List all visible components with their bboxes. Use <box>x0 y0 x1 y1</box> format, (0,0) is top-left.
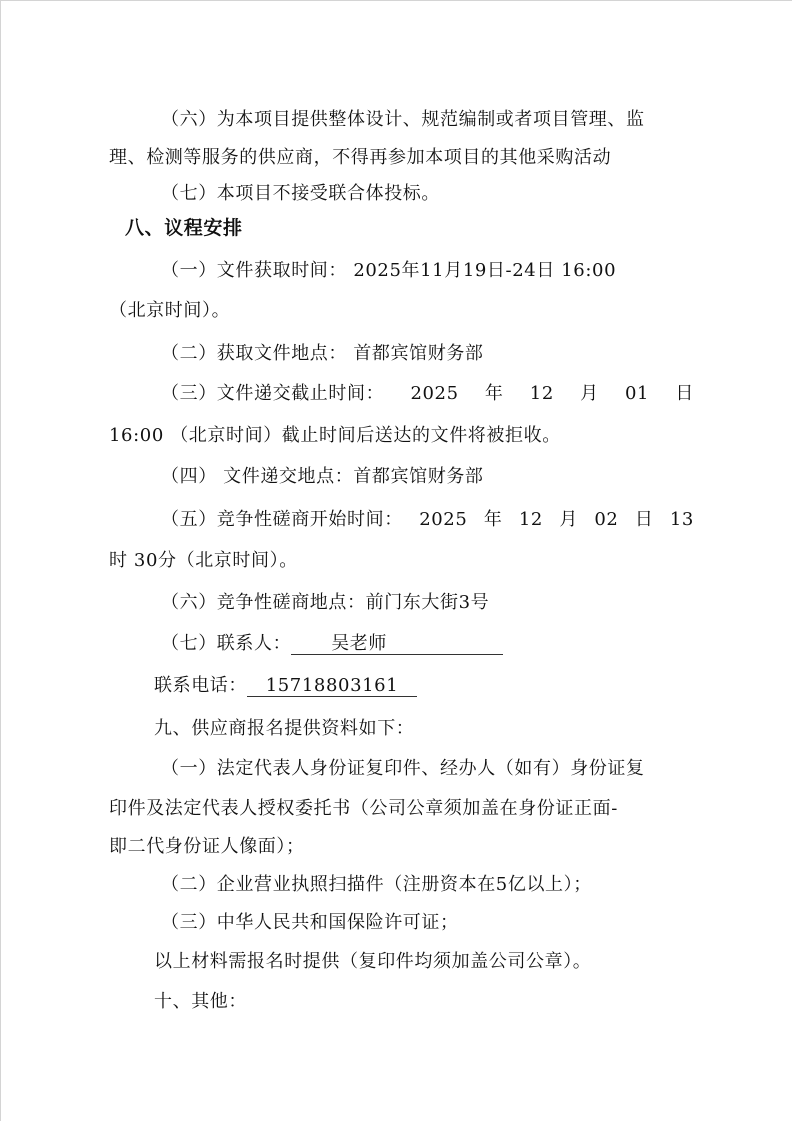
s8-item2: （二）获取文件地点： 首都宾馆财务部 <box>161 343 484 365</box>
s8-item5-line1: （五）竞争性磋商开始时间： 2025 年 12 月 02 日 13 <box>161 509 694 531</box>
para7: （七）本项目不接受联合体投标。 <box>161 183 440 205</box>
s9-item2: （二）企业营业执照扫描件（注册资本在5亿以上）； <box>161 874 592 896</box>
s8-item5-label: （五）竞争性磋商开始时间： <box>161 509 403 531</box>
day: 02 <box>594 509 618 531</box>
contact-person-value: 吴老师 <box>291 633 387 654</box>
s8-item4: （四） 文件递交地点：首都宾馆财务部 <box>161 466 484 488</box>
contact-label: （七）联系人： <box>161 633 291 654</box>
section10-heading: 十、其他： <box>154 991 247 1013</box>
month-unit: 月 <box>559 509 578 531</box>
section8-heading: 八、议程安排 <box>125 217 243 239</box>
hour: 13 <box>670 509 694 531</box>
s9-item1-line1: （一）法定代表人身份证复印件、经办人（如有）身份证复 <box>161 758 645 780</box>
s8-item3-line2: 16:00 （北京时间）截止时间后送达的文件将被拒收。 <box>109 425 561 447</box>
month-unit: 月 <box>580 383 599 405</box>
s8-item3-line1: （三）文件递交截止时间： 2025 年 12 月 01 日 <box>161 383 694 405</box>
month: 12 <box>530 383 554 405</box>
s8-item7-contact: （七）联系人：吴老师 <box>161 633 503 655</box>
day: 01 <box>625 383 649 405</box>
year: 2025 <box>410 383 458 405</box>
month: 12 <box>519 509 543 531</box>
para6-line2: 理、检测等服务的供应商，不得再参加本项目的其他采购活动 <box>109 147 611 169</box>
contact-person-field: 吴老师 <box>291 634 503 655</box>
s8-item1-line1: （一）文件获取时间： 2025年11月19日-24日 16:00 <box>161 260 616 282</box>
s8-item1-line2: （北京时间）。 <box>109 300 230 322</box>
s9-item3: （三）中华人民共和国保险许可证； <box>161 912 459 934</box>
s9-note: 以上材料需报名时提供（复印件均须加盖公司公章）。 <box>154 951 591 973</box>
document-page: （六）为本项目提供整体设计、规范编制或者项目管理、监 理、检测等服务的供应商，不… <box>0 0 792 1121</box>
s9-item1-line2: 印件及法定代表人授权委托书（公司公章须加盖在身份证正面- <box>109 798 618 820</box>
s8-item6: （六）竞争性磋商地点：前门东大街3号 <box>161 592 489 614</box>
day-unit: 日 <box>635 509 654 531</box>
s8-item3-label: （三）文件递交截止时间： <box>161 383 384 405</box>
s9-item1-line3: 即二代身份证人像面）； <box>109 836 305 858</box>
year-unit: 年 <box>484 509 503 531</box>
year: 2025 <box>419 509 467 531</box>
para6-line1: （六）为本项目提供整体设计、规范编制或者项目管理、监 <box>161 109 645 131</box>
year-unit: 年 <box>485 383 504 405</box>
s8-item5-line2: 时 30分（北京时间）。 <box>109 550 298 572</box>
phone-value: 15718803161 <box>247 676 417 697</box>
day-unit: 日 <box>675 383 694 405</box>
phone-label: 联系电话： <box>154 675 247 696</box>
section9-heading: 九、供应商报名提供资料如下： <box>154 718 414 740</box>
s8-phone: 联系电话：15718803161 <box>154 675 417 697</box>
